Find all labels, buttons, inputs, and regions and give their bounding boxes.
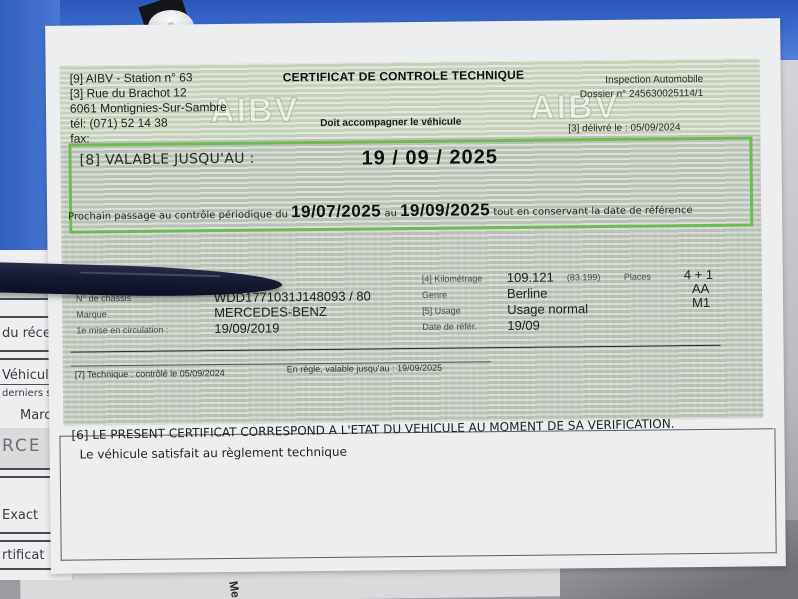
station-city: 6061 Montignies-Sur-Sambre [70, 100, 227, 117]
form-fragment: derniers s [2, 388, 51, 399]
first-registration-label: 1e mise en circulation : [76, 325, 168, 336]
form-fragment: Exact [2, 508, 38, 523]
station-phone: tél: (071) 52 14 38 [70, 115, 227, 132]
make-value: MERCEDES-BENZ [214, 304, 327, 320]
next-inspection-window: Prochain passage au contrôle périodique … [68, 198, 693, 225]
validity-date: 19 / 09 / 2025 [361, 146, 498, 170]
underlying-document-text: Me [226, 580, 243, 599]
body-code-value: AA [692, 281, 709, 296]
make-label: Marque [76, 309, 107, 319]
body-type-value: Berline [507, 286, 548, 301]
seats-value: 4 + 1 [684, 267, 713, 282]
form-fragment: Marc [20, 408, 51, 423]
dossier-number: Dossier n° 245630025114/1 [580, 87, 703, 102]
seats-label: Places [624, 272, 651, 282]
next-inspection-to: 19/09/2025 [400, 200, 490, 220]
mileage-label: [4] Kilométrage [422, 273, 483, 284]
validity-label: [8] VALABLE JUSQU'AU : [79, 151, 254, 169]
mileage-value: 109.121 [507, 270, 554, 285]
first-registration-value: 19/09/2019 [214, 320, 279, 336]
inspection-info: Inspection Automobile Dossier n° 2456300… [580, 73, 704, 102]
compliance-statement: Le véhicule satisfait au règlement techn… [80, 445, 347, 462]
certificate-header: AIBV AIBV [9] AIBV - Station n° 63 [3] R… [60, 58, 761, 141]
inspection-certificate: AIBV AIBV [9] AIBV - Station n° 63 [3] R… [45, 18, 786, 574]
body-type-label: Genre [422, 290, 447, 300]
validity-box: [8] VALABLE JUSQU'AU : 19 / 09 / 2025 Pr… [68, 136, 753, 233]
usage-value: Usage normal [507, 301, 588, 317]
security-pattern-area: AIBV AIBV [9] AIBV - Station n° 63 [3] R… [60, 58, 764, 425]
station-street: [3] Rue du Brachot 12 [70, 85, 227, 102]
previous-mileage: (83.199) [567, 272, 601, 282]
next-inspection-from: 19/07/2025 [291, 201, 381, 221]
certificate-title: CERTIFICAT DE CONTROLE TECHNIQUE [283, 68, 525, 85]
certificate-subtitle: Doit accompagner le véhicule [320, 117, 461, 129]
next-inspection-suffix: tout en conservant la date de référence [493, 205, 692, 218]
inspection-org: Inspection Automobile [580, 73, 703, 88]
divider [71, 345, 721, 353]
technical-control-date: [7] Technique : contrôlé le 05/09/2024 [75, 368, 225, 380]
usage-label: [5] Usage [422, 306, 461, 316]
station-name: [9] AIBV - Station n° 63 [70, 70, 227, 87]
issue-date: [3] délivré le : 05/09/2024 [568, 122, 680, 134]
vehicle-details: N° de châssis WDD1771031J148093 / 80 Mar… [61, 234, 763, 391]
station-info: [9] AIBV - Station n° 63 [3] Rue du Brac… [70, 70, 228, 147]
form-fragment: RCE [2, 436, 42, 456]
reference-date-value: 19/09 [507, 318, 540, 333]
next-inspection-prefix: Prochain passage au contrôle périodique … [68, 209, 288, 222]
next-inspection-mid: au [384, 208, 397, 219]
category-value: M1 [692, 295, 710, 310]
reference-date-label: Date de référ. [422, 321, 477, 332]
technical-status: En règle, valable jusqu'au : 19/09/2025 [287, 363, 442, 375]
form-fragment: rtificat [2, 548, 44, 563]
